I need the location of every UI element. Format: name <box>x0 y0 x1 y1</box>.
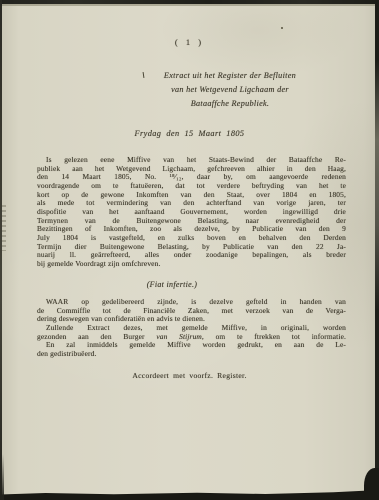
fiat-insertie-line: (Fiat infertie.) <box>0 280 344 289</box>
scanned-document-page: ( 1 ) Extract uit het Register der Beflu… <box>0 0 379 500</box>
scan-edge-bottom <box>0 490 379 500</box>
scan-edge-right <box>375 0 379 500</box>
page-number: ( 1 ) <box>0 37 379 47</box>
date-line: Frydag den 15 Maart 1805 <box>0 129 379 138</box>
body-line: bij gemelde Voordragt zijn omfchreven. <box>37 260 346 269</box>
body-line-segment: gezonden aan den Burger <box>37 332 156 341</box>
margin-marks <box>2 205 6 251</box>
header-line: Extract uit het Register der Befluiten <box>134 69 326 83</box>
paragraph-1: Is gelezen eene Miffive van het Staats-B… <box>37 156 346 269</box>
closing-attestation: Accordeert met voorfz. Register. <box>0 371 379 380</box>
scan-corner-bottom-left <box>0 454 4 500</box>
body-line-segment: , om te ftrekken tot informatie. <box>202 332 346 341</box>
ink-speck <box>281 27 283 29</box>
scan-corner-bottom-right <box>364 468 379 500</box>
person-name-italic: van Stijrum <box>156 332 202 341</box>
header-line: van het Wetgevend Ligchaam der <box>134 83 326 97</box>
document-header: Extract uit het Register der Befluiten v… <box>134 69 326 110</box>
header-line: Bataaffche Republiek. <box>134 97 326 111</box>
scan-edge-top-highlight <box>0 4 379 6</box>
resolution-block: WAAR op gedelibereerd zijnde, is dezelve… <box>37 298 346 359</box>
body-line: den gedistribuëerd. <box>37 350 346 359</box>
